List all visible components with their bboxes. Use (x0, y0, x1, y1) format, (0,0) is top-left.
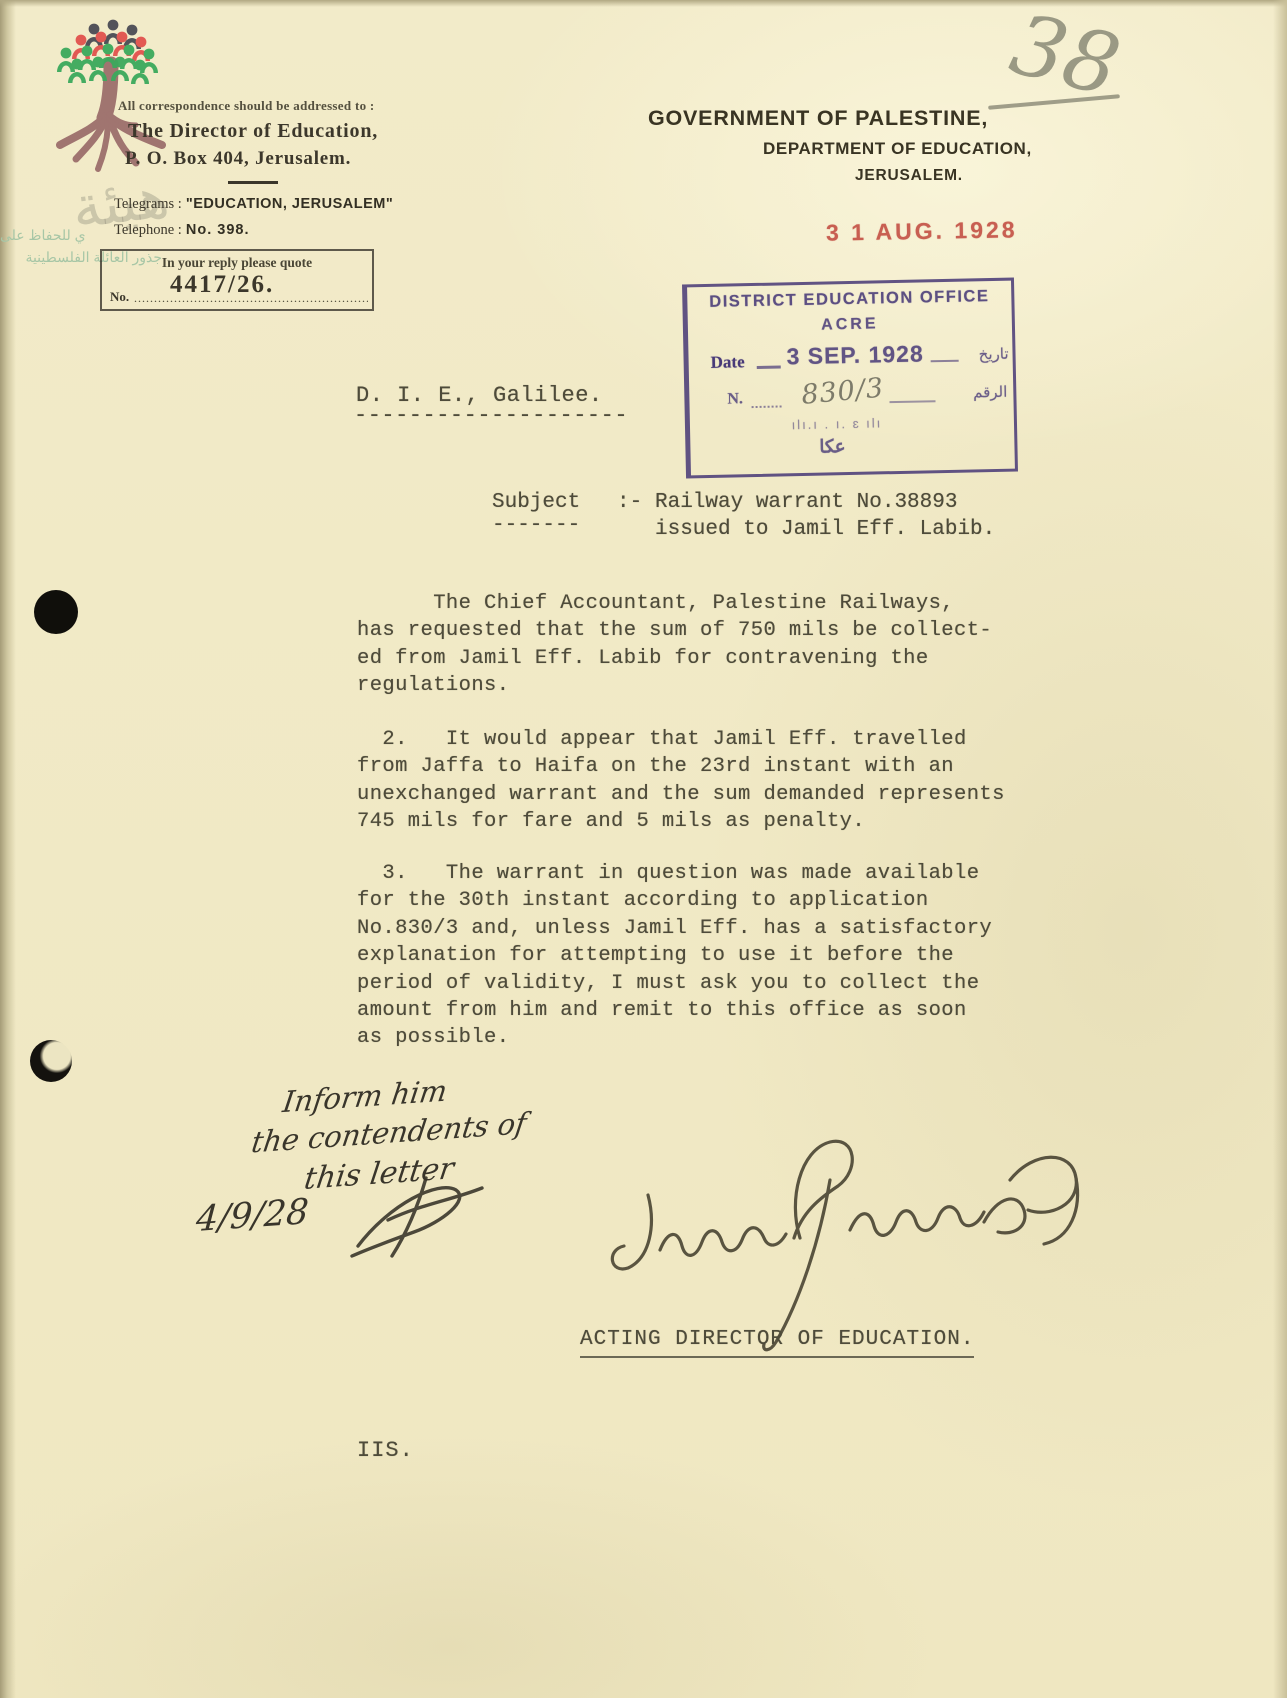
scanned-letter: هيئة ي للحفاظ على جذور العائلة الفلسطيني… (0, 0, 1287, 1698)
stamp-place: ACRE (688, 313, 1012, 338)
recipient-underline: -------------------- (354, 403, 628, 428)
para2-line: from Jaffa to Haifa on the 23rd instant … (357, 753, 1005, 780)
stamp-date-value: 3 SEP. 1928 (786, 340, 924, 370)
subject-line2: issued to Jamil Eff. Labib. (655, 518, 995, 541)
para2-line: unexchanged warrant and the sum demanded… (357, 781, 1005, 808)
para3-line: explanation for attempting to use it bef… (357, 942, 992, 969)
para2-line: 2. It would appear that Jamil Eff. trave… (357, 726, 1005, 753)
telegrams-value: "EDUCATION, JERUSALEM" (186, 196, 393, 212)
para3-line: as possible. (357, 1024, 992, 1051)
stamp-title: DISTRICT EDUCATION OFFICE (687, 287, 1011, 313)
letterhead-address-note: All correspondence should be addressed t… (118, 98, 375, 114)
letterhead-addressee: The Director of Education, (128, 120, 378, 143)
paragraph-3: 3. The warrant in question was made avai… (357, 860, 992, 1052)
reply-quote-box: In your reply please quote No. 4417/26. … (100, 249, 374, 311)
para1-line: The Chief Accountant, Palestine Railways… (357, 590, 992, 617)
signature-title: ACTING DIRECTOR OF EDUCATION. (580, 1328, 974, 1358)
para3-line: 3. The warrant in question was made avai… (357, 860, 992, 887)
para3-line: No.830/3 and, unless Jamil Eff. has a sa… (357, 915, 992, 942)
stamp-date-label: Date (710, 352, 744, 373)
stamp-number-dash (889, 400, 935, 403)
stamp-number-label: N. (727, 390, 743, 408)
subject-line1: Railway warrant No.38893 (655, 491, 957, 514)
telephone-value: No. 398. (186, 222, 250, 238)
paragraph-2: 2. It would appear that Jamil Eff. trave… (357, 726, 1005, 836)
acre-office-stamp: DISTRICT EDUCATION OFFICE ACRE Date 3 SE… (682, 278, 1018, 479)
typist-initials: IIS. (357, 1438, 414, 1463)
stamp-number-dots (752, 405, 782, 408)
letterhead-po-box: P. O. Box 404, Jerusalem. (125, 148, 351, 170)
telegrams-label: Telegrams : (114, 196, 182, 212)
annotation-date: 4/9/28 (195, 1192, 310, 1240)
telephone-label: Telephone : (114, 222, 182, 238)
para1-line: ed from Jamil Eff. Labib for contravenin… (357, 645, 992, 672)
stamp-place-arabic: عكا (690, 433, 974, 460)
paragraph-1: The Chief Accountant, Palestine Railways… (357, 590, 992, 700)
stamp-date-dash2 (931, 360, 959, 363)
subject-label-underline: ------- (492, 514, 580, 537)
para3-line: period of validity, I must ask you to co… (357, 970, 992, 997)
hole-punch-top (34, 590, 78, 634)
annotation-initials-flourish (330, 1160, 500, 1270)
para3-line: for the 30th instant according to applic… (357, 887, 992, 914)
para1-line: regulations. (357, 672, 992, 699)
stamp-number-label-arabic: الرقم (973, 383, 1008, 402)
scan-edge-top (0, 0, 1287, 7)
letterhead-rule (228, 181, 278, 184)
stamp-date-dash (757, 365, 781, 369)
quote-caption: In your reply please quote (102, 255, 372, 271)
para2-line: 745 mils for fare and 5 mils as penalty. (357, 808, 1005, 835)
stamp-number-value: 830/3 (800, 372, 885, 410)
signature (600, 1120, 1090, 1360)
watermark-text-line1: ي للحفاظ على (0, 227, 118, 244)
quote-leader-dots: ........................................… (134, 291, 368, 303)
header-city: JERUSALEM. (855, 167, 963, 185)
para3-line: amount from him and remit to this office… (357, 997, 992, 1024)
quote-no-label: No. (110, 289, 129, 305)
hole-punch-bottom (30, 1040, 72, 1082)
header-department: DEPARTMENT OF EDUCATION, (763, 139, 1032, 159)
scan-edge-right (1273, 0, 1287, 1698)
received-date-stamp: 3 1 AUG. 1928 (826, 216, 1018, 246)
subject-separator: :- (617, 491, 642, 514)
header-government: GOVERNMENT OF PALESTINE, (648, 106, 988, 131)
subject-label: Subject (492, 491, 580, 514)
para1-line: has requested that the sum of 750 mils b… (357, 617, 992, 644)
stamp-date-label-arabic: تاريخ (978, 345, 1008, 364)
